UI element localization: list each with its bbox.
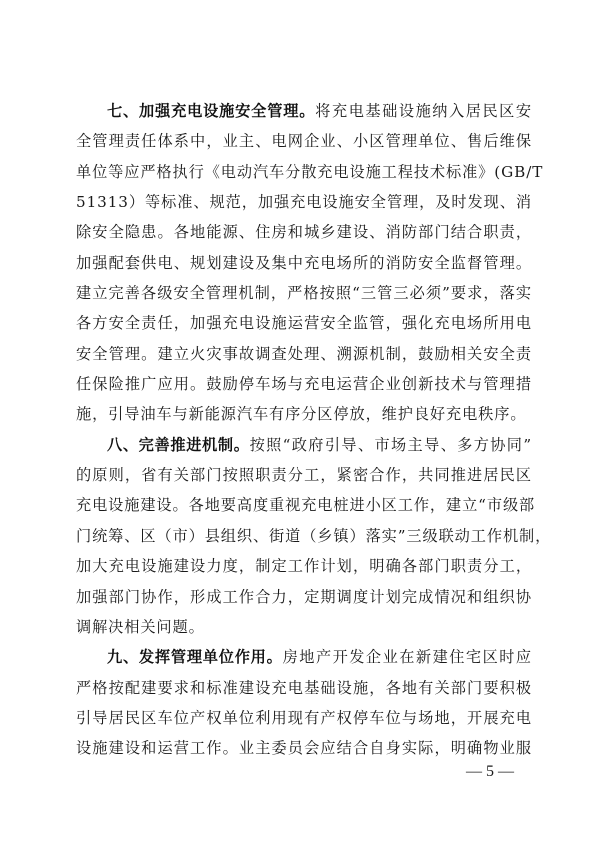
text-line: 全管理责任体系中，业主、电网企业、小区管理单位、售后维保 xyxy=(76,126,532,156)
text-line: 设施建设和运营工作。业主委员会应结合自身实际，明确物业服 xyxy=(76,733,532,763)
document-page: 七、加强充电设施安全管理。将充电基础设施纳入居民区安 全管理责任体系中，业主、电… xyxy=(0,0,600,848)
text-line: 任保险推广应用。鼓励停车场与充电运营企业创新技术与管理措 xyxy=(76,369,532,399)
section-heading: 九、发挥管理单位作用。 xyxy=(107,648,283,666)
text-line: 除安全隐患。各地能源、住房和城乡建设、消防部门结合职责， xyxy=(76,217,532,247)
text-run: 按照“政府引导、市场主导、多方协同” xyxy=(250,436,532,454)
text-line: 严格按配建要求和标准建设充电基础设施，各地有关部门要积极 xyxy=(76,673,532,703)
section-heading: 七、加强充电设施安全管理。 xyxy=(107,102,315,120)
text-line: 的原则，省有关部门按照职责分工，紧密合作，共同推进居民区 xyxy=(76,460,532,490)
section-heading: 八、完善推进机制。 xyxy=(107,436,250,454)
text-line: 加大充电设施建设力度，制定工作计划，明确各部门职责分工， xyxy=(76,551,532,581)
text-run: 房地产开发企业在新建住宅区时应 xyxy=(283,648,532,666)
page-number: — 5 — xyxy=(460,763,520,781)
text-line: 单位等应严格执行《电动汽车分散充电设施工程技术标准》(GB/T xyxy=(76,157,532,187)
text-line: 建立完善各级安全管理机制，严格按照“三管三必须”要求，落实 xyxy=(76,278,532,308)
text-line: 各方安全责任，加强充电设施运营安全监管，强化充电场所用电 xyxy=(76,308,532,338)
text-line: 调解决相关问题。 xyxy=(76,612,532,642)
paragraph-first-line: 九、发挥管理单位作用。房地产开发企业在新建住宅区时应 xyxy=(76,642,532,672)
text-line: 安全管理。建立火灾事故调查处理、溯源机制，鼓励相关安全责 xyxy=(76,339,532,369)
section-9: 九、发挥管理单位作用。房地产开发企业在新建住宅区时应 严格按配建要求和标准建设充… xyxy=(76,642,532,763)
document-body: 七、加强充电设施安全管理。将充电基础设施纳入居民区安 全管理责任体系中，业主、电… xyxy=(76,96,532,764)
text-line: 充电设施建设。各地要高度重视充电桩进小区工作，建立“市级部 xyxy=(76,490,532,520)
text-line: 引导居民区车位产权单位利用现有产权停车位与场地，开展充电 xyxy=(76,703,532,733)
text-run: 将充电基础设施纳入居民区安 xyxy=(315,102,532,120)
paragraph-first-line: 七、加强充电设施安全管理。将充电基础设施纳入居民区安 xyxy=(76,96,532,126)
text-line: 51313）等标准、规范，加强充电设施安全管理，及时发现、消 xyxy=(76,187,532,217)
section-7: 七、加强充电设施安全管理。将充电基础设施纳入居民区安 全管理责任体系中，业主、电… xyxy=(76,96,532,430)
text-line: 加强配套供电、规划建设及集中充电场所的消防安全监督管理。 xyxy=(76,248,532,278)
section-8: 八、完善推进机制。按照“政府引导、市场主导、多方协同” 的原则，省有关部门按照职… xyxy=(76,430,532,642)
text-line: 施，引导油车与新能源汽车有序分区停放，维护良好充电秩序。 xyxy=(76,399,532,429)
text-line: 加强部门协作，形成工作合力，定期调度计划完成情况和组织协 xyxy=(76,582,532,612)
paragraph-first-line: 八、完善推进机制。按照“政府引导、市场主导、多方协同” xyxy=(76,430,532,460)
text-line: 门统筹、区（市）县组织、街道（乡镇）落实”三级联动工作机制， xyxy=(76,521,532,551)
